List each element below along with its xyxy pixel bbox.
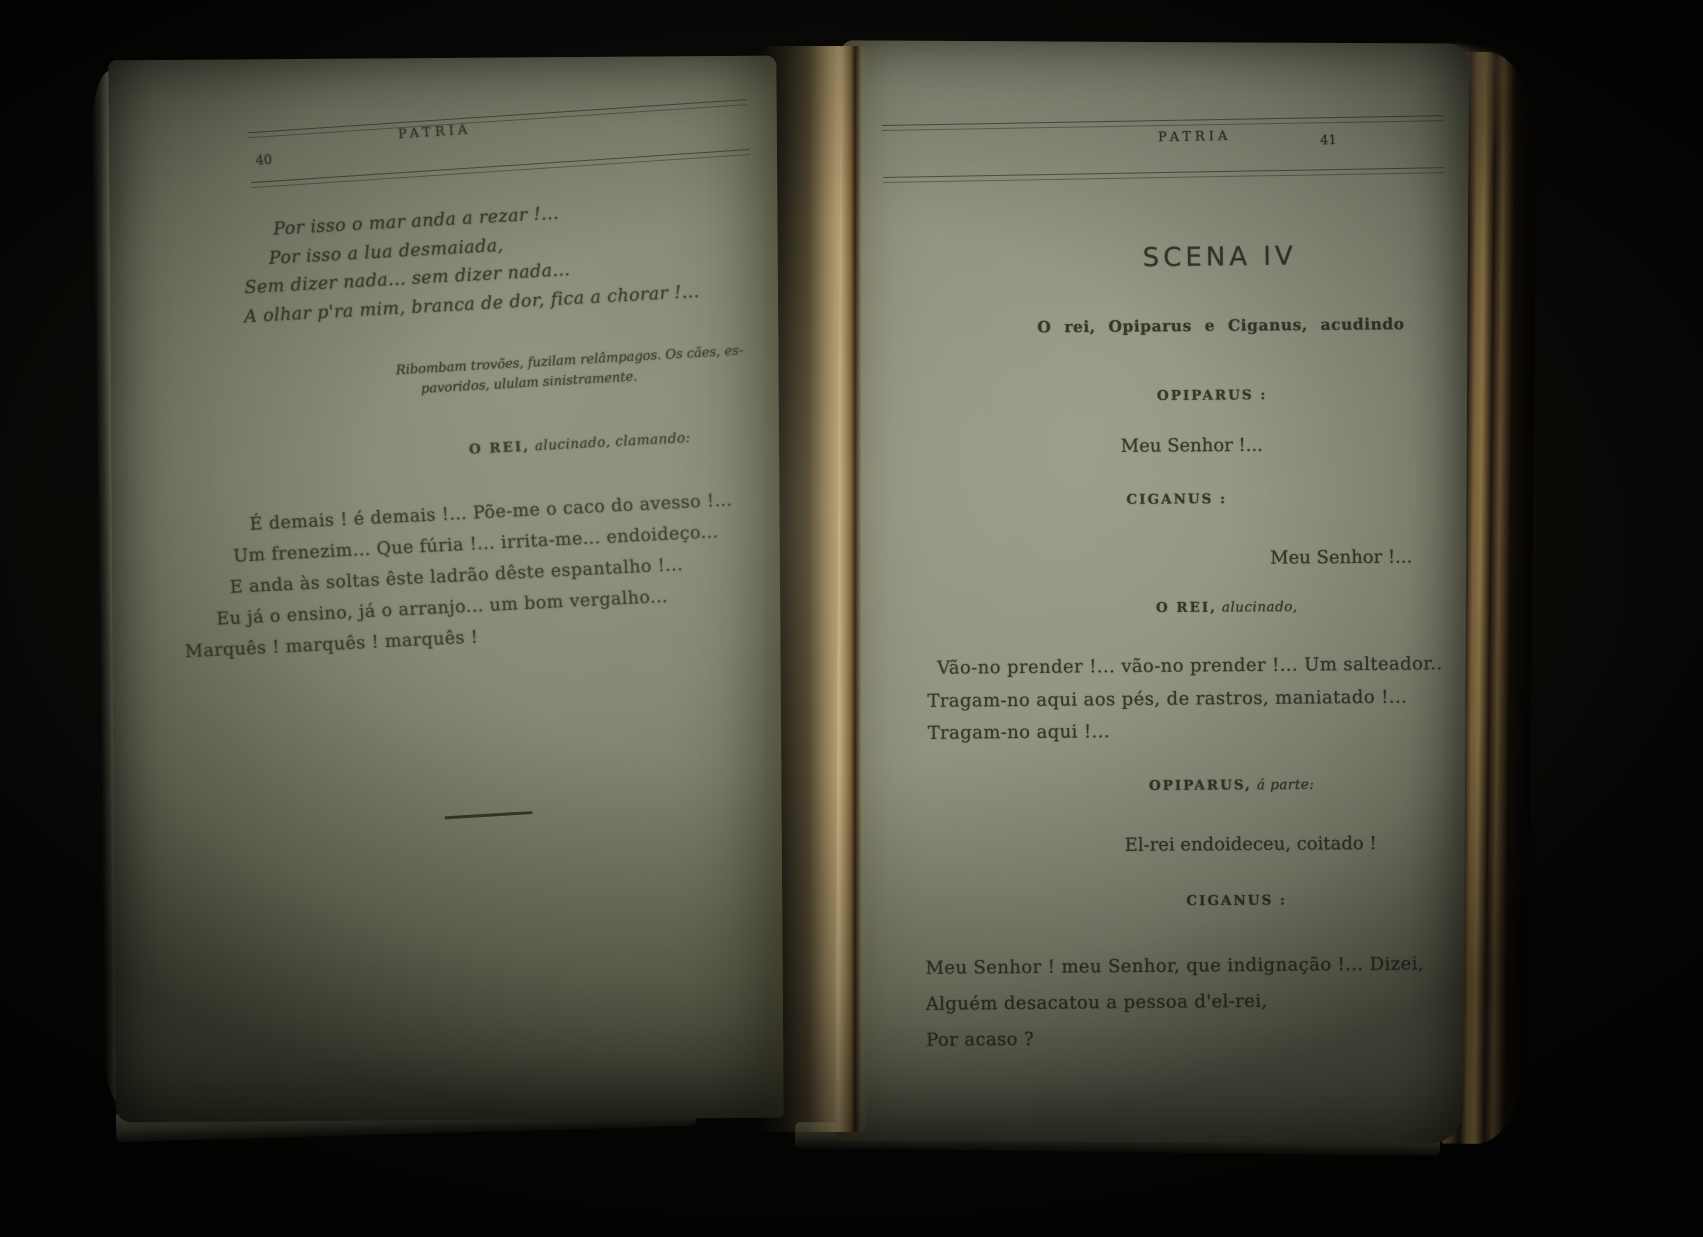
rei-speech: Vão-no prender !... vão-no prender !... …	[927, 648, 1443, 750]
header-rule-bottom	[883, 167, 1445, 183]
speaker-name: OPIPARUS,	[1149, 777, 1252, 794]
header-rule-bottom	[251, 149, 750, 188]
left-page: PATRIA 40 Por isso o mar anda a rezar !.…	[108, 56, 783, 1123]
speaker-label-ciganus: CIGANUS :	[1186, 892, 1287, 909]
dialogue-line: Meu Senhor !...	[1121, 435, 1263, 457]
section-divider-rule	[445, 811, 533, 819]
speaker-direction: alucinado, clamando:	[534, 430, 690, 454]
speaker-label-rei: O REI,alucinado,	[1156, 599, 1298, 616]
verse-line: Tragam-no aqui !...	[928, 713, 1444, 750]
dialogue-line: Meu Senhor !...	[1270, 547, 1412, 569]
left-page-number: 40	[255, 153, 273, 169]
ciganus-speech: Meu Senhor ! meu Senhor, que indignação …	[925, 946, 1424, 1058]
speaker-name: CIGANUS :	[1186, 892, 1287, 909]
verse-line: Por acaso ?	[926, 1018, 1425, 1058]
speaker-name: CIGANUS :	[1126, 491, 1227, 508]
running-title: PATRIA	[1158, 129, 1231, 145]
header-rule-top	[882, 115, 1444, 131]
speaker-name: OPIPARUS :	[1157, 387, 1267, 404]
verse-block-1: Por isso o mar anda a rezar !... Por iss…	[239, 192, 701, 331]
speaker-direction: alucinado,	[1222, 599, 1298, 616]
verse-line: Vão-no prender !... vão-no prender !... …	[937, 648, 1443, 685]
scene-characters: O rei, Opiparus e Ciganus, acudindo	[1037, 314, 1404, 336]
header-rule-top	[248, 99, 747, 138]
speaker-name: O REI,	[469, 439, 531, 458]
speaker-label-opiparus-aside: OPIPARUS,á parte:	[1149, 777, 1314, 794]
scene-title: SCENA IV	[1130, 241, 1310, 273]
verse-line: Alguém desacatou a pessoa d'el-rei,	[926, 982, 1425, 1022]
verse-line: Meu Senhor ! meu Senhor, que indignação …	[925, 946, 1424, 986]
speaker-direction: á parte:	[1257, 777, 1315, 793]
speaker-name: O REI,	[1156, 600, 1217, 616]
book-photo: PATRIA 40 Por isso o mar anda a rezar !.…	[0, 0, 1703, 1237]
dialogue-line: El-rei endoideceu, coitado !	[1125, 833, 1377, 856]
left-page-header: PATRIA 40	[247, 91, 751, 194]
right-page-number: 41	[1320, 133, 1337, 148]
verse-line: Tragam-no aqui aos pés, de rastros, mani…	[927, 681, 1443, 718]
stage-direction: Ribombam trovões, fuzilam relâmpagos. Os…	[395, 341, 744, 400]
right-page-header: PATRIA 41	[882, 113, 1445, 187]
speaker-label-ciganus: CIGANUS :	[1126, 491, 1227, 508]
right-page: PATRIA 41 SCENA IV O rei, Opiparus e Cig…	[835, 40, 1469, 1143]
speaker-label-opiparus: OPIPARUS :	[1157, 387, 1267, 404]
verse-block-2: É demais ! é demais !... Põe-me o caco d…	[213, 485, 739, 666]
speaker-label-rei: O REI,alucinado, clamando:	[469, 430, 691, 458]
